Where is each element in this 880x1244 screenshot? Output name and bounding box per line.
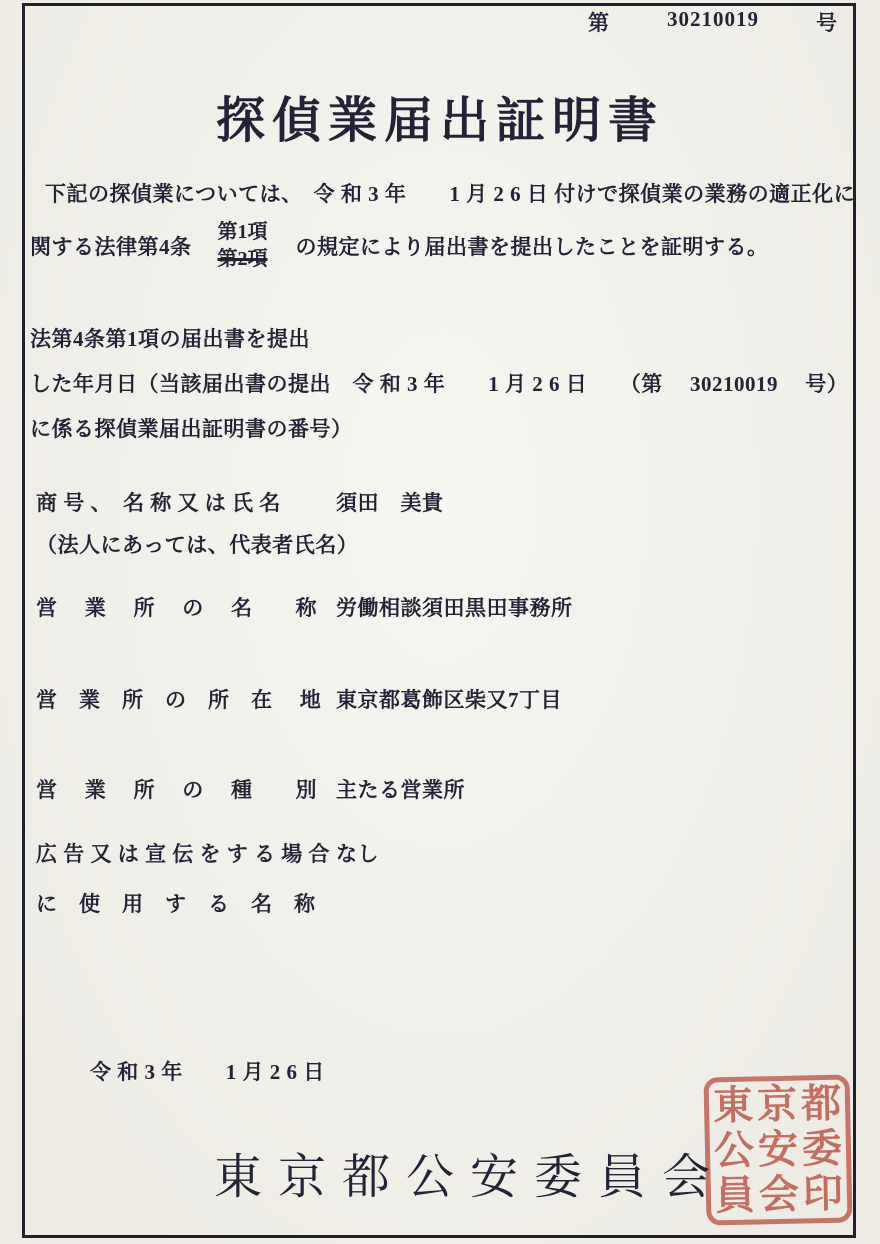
field-label-office-kind: 営 業 所 の 種 別: [36, 774, 336, 804]
official-seal: 東 京 都 公 安 委 員 会 印: [703, 1074, 852, 1225]
submission-line-2: した年月日（当該届出書の提出 令 和 3 年 1 月 2 6 日 （第 3021…: [30, 368, 848, 398]
seal-char-7: 会: [759, 1174, 800, 1215]
intro-line-2-after: の規定により届出書を提出したことを証明する。: [296, 231, 769, 261]
doc-number-suffix: 号: [816, 7, 838, 37]
doc-number-prefix: 第: [588, 7, 610, 37]
field-label-office-address: 営 業 所 の 所 在 地: [36, 684, 336, 714]
field-label-advertising-line2: に 使 用 す る 名 称: [36, 888, 316, 918]
seal-char-2: 都: [801, 1084, 842, 1125]
intro-line-1: 下記の探偵業については、 令 和 3 年 1 月 2 6 日 付けで探偵業の業務…: [45, 178, 855, 208]
seal-char-8: 印: [803, 1173, 844, 1214]
field-row-name: 商 号 、 名 称 又 は 氏 名 須田 美貴: [36, 487, 444, 517]
seal-char-3: 公: [714, 1130, 755, 1171]
field-row-office-name: 営 業 所 の 名 称 労働相談須田黒田事務所: [36, 592, 573, 622]
intro-line-2: 関する法律第4条 第1項 第2項 の規定により届出書を提出したことを証明する。: [30, 219, 769, 273]
field-label-advertising-line1: 広 告 又 は 宣 伝 を す る 場 合: [36, 838, 336, 868]
field-label-name: 商 号 、 名 称 又 は 氏 名: [36, 487, 336, 517]
field-value-advertising: なし: [336, 838, 379, 868]
field-row-office-address: 営 業 所 の 所 在 地 東京都葛飾区柴又7丁目: [36, 684, 562, 714]
clause-stack: 第1項 第2項: [218, 219, 268, 273]
certificate-page: 第 30210019 号 探偵業届出証明書 下記の探偵業については、 令 和 3…: [0, 0, 880, 1244]
seal-char-4: 安: [758, 1130, 799, 1171]
field-label-office-name: 営 業 所 の 名 称: [36, 592, 336, 622]
clause-selected: 第1項: [218, 219, 268, 246]
seal-char-0: 東: [713, 1086, 754, 1127]
submission-line-1: 法第4条第1項の届出書を提出: [30, 323, 310, 353]
document-title: 探偵業届出証明書: [0, 82, 880, 152]
doc-number-row: 第 30210019 号: [588, 7, 838, 37]
submission-line-3: に係る探偵業届出証明書の番号）: [30, 413, 353, 443]
field-value-office-address: 東京都葛飾区柴又7丁目: [336, 684, 562, 714]
seal-char-5: 委: [802, 1129, 843, 1170]
seal-char-6: 員: [715, 1175, 756, 1216]
field-value-office-kind: 主たる営業所: [336, 774, 465, 804]
field-value-name: 須田 美貴: [336, 487, 444, 517]
field-row-advertising: 広 告 又 は 宣 伝 を す る 場 合 なし: [36, 838, 379, 868]
field-value-office-name: 労働相談須田黒田事務所: [336, 592, 573, 622]
doc-number-value: 30210019: [667, 7, 759, 37]
intro-line-2-before: 関する法律第4条: [30, 231, 192, 261]
seal-char-1: 京: [757, 1085, 798, 1126]
field-label-name-note: （法人にあっては、代表者氏名）: [36, 529, 358, 559]
clause-struck: 第2項: [218, 246, 268, 273]
issue-date: 令 和 3 年 1 月 2 6 日: [90, 1056, 325, 1086]
field-row-office-kind: 営 業 所 の 種 別 主たる営業所: [36, 774, 465, 804]
